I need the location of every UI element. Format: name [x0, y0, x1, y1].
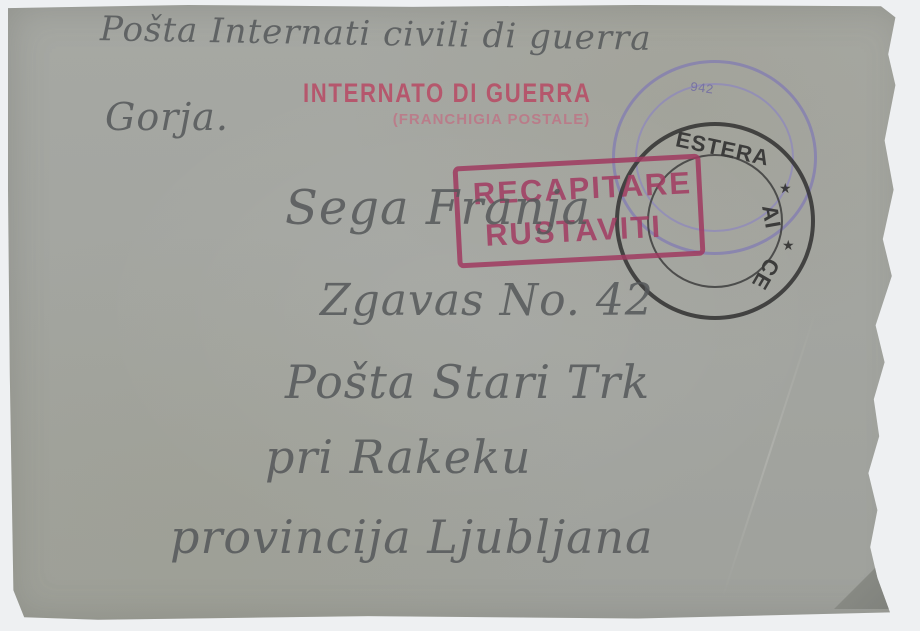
recipient-street: Zgavas No. 42	[320, 275, 654, 326]
recipient-post-office: Pošta Stari Trk	[285, 355, 650, 409]
recipient-province: provincija Ljubljana	[170, 510, 654, 564]
paper-crease	[722, 312, 817, 598]
internment-stamp: INTERNATO DI GUERRA (FRANCHIGIA POSTALE)	[303, 78, 655, 128]
star-icon: ★	[782, 238, 795, 255]
sender-line-2: Gorja.	[105, 95, 229, 139]
recipient-name: Sega Franja	[285, 180, 591, 236]
folded-corner	[834, 559, 894, 609]
internment-stamp-line-1: INTERNATO DI GUERRA	[303, 78, 592, 109]
internment-stamp-line-2: (FRANCHIGIA POSTALE)	[328, 111, 655, 128]
recipient-locality: pri Rakeku	[265, 430, 531, 484]
star-icon: ★	[779, 181, 792, 198]
violet-stamp-text: 942	[689, 79, 714, 97]
scanned-envelope: Pošta Internati civili di guerra Gorja. …	[0, 0, 920, 631]
postmark-right-text: AI	[756, 203, 786, 231]
